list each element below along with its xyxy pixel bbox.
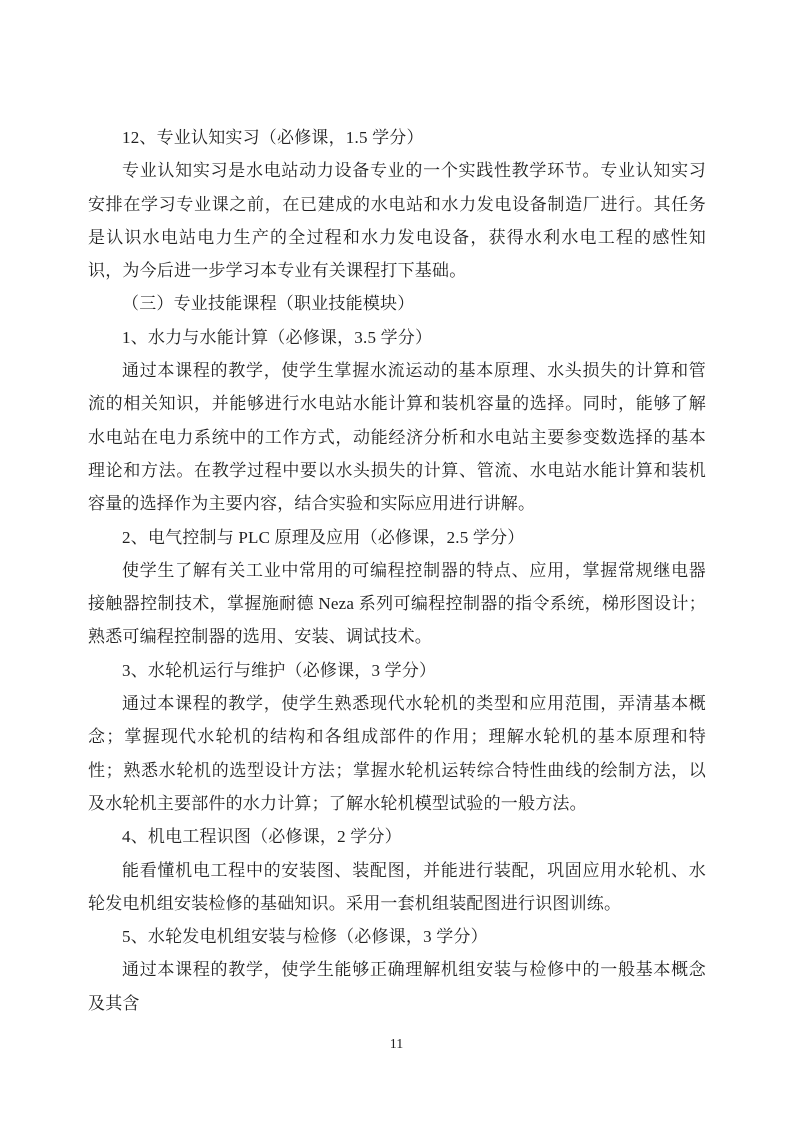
page-number: 11 (390, 1037, 403, 1052)
section-heading: （三）专业技能课程（职业技能模块） (88, 287, 706, 320)
body-paragraph: 使学生了解有关工业中常用的可编程控制器的特点、应用，掌握常规继电器接触器控制技术… (88, 554, 706, 654)
page-footer: 11 (0, 1036, 793, 1054)
course-heading: 4、机电工程识图（必修课，2 学分） (88, 820, 706, 853)
course-heading: 5、水轮发电机组安装与检修（必修课，3 学分） (88, 920, 706, 953)
document-page: 12、专业认知实习（必修课，1.5 学分）专业认知实习是水电站动力设备专业的一个… (0, 0, 793, 1122)
body-paragraph: 通过本课程的教学，使学生掌握水流运动的基本原理、水头损失的计算和管流的相关知识，… (88, 354, 706, 520)
body-paragraph: 能看懂机电工程中的安装图、装配图，并能进行装配，巩固应用水轮机、水轮发电机组安装… (88, 854, 706, 921)
document-body: 12、专业认知实习（必修课，1.5 学分）专业认知实习是水电站动力设备专业的一个… (88, 121, 706, 1020)
course-heading: 12、专业认知实习（必修课，1.5 学分） (88, 121, 706, 154)
course-heading: 1、水力与水能计算（必修课，3.5 学分） (88, 321, 706, 354)
body-paragraph: 通过本课程的教学，使学生能够正确理解机组安装与检修中的一般基本概念及其含 (88, 953, 706, 1020)
body-paragraph: 专业认知实习是水电站动力设备专业的一个实践性教学环节。专业认知实习安排在学习专业… (88, 154, 706, 287)
body-paragraph: 通过本课程的教学，使学生熟悉现代水轮机的类型和应用范围，弄清基本概念；掌握现代水… (88, 687, 706, 820)
course-heading: 3、水轮机运行与维护（必修课，3 学分） (88, 654, 706, 687)
course-heading: 2、电气控制与 PLC 原理及应用（必修课，2.5 学分） (88, 521, 706, 554)
